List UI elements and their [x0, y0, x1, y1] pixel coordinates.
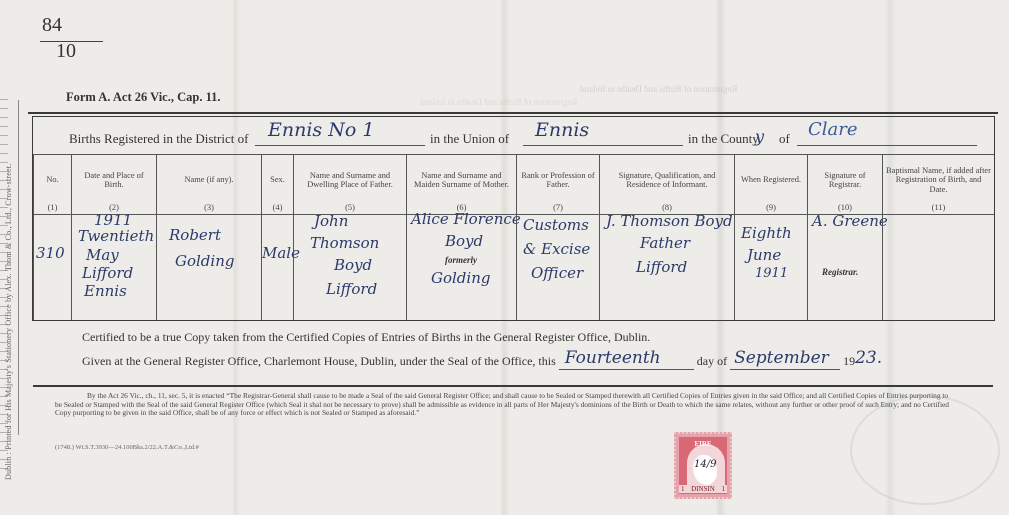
birth-register-table: Births Registered in the District of Enn…: [32, 116, 995, 321]
entry-cell: John Thomson Boyd Lifford: [294, 215, 406, 320]
column-informant: Signature, Qualification, and Residence …: [599, 155, 734, 320]
column-header: No.: [34, 155, 71, 205]
column-sex: Sex. (4) Male: [261, 155, 293, 320]
column-header: Date and Place of Birth.: [72, 155, 156, 205]
column-header: Signature, Qualification, and Residence …: [600, 155, 734, 205]
entry-cell: [883, 215, 994, 320]
certification-line-2: Given at the General Register Office, Ch…: [82, 350, 882, 370]
entry-cell: 1911 Twentieth May Lifford Ennis: [72, 215, 156, 320]
formerly-label: formerly: [445, 255, 477, 265]
column-number: (10): [808, 203, 882, 212]
entry-cell: Customs & Excise Officer: [517, 215, 599, 320]
child-surname: Golding: [175, 253, 234, 270]
registrar-signature: A. Greene: [812, 213, 888, 230]
stamp-denomination: DINSIN: [691, 485, 715, 493]
column-number: (9): [735, 203, 807, 212]
certification-day: Fourteenth: [565, 348, 661, 368]
column-number: (3): [157, 203, 261, 212]
bottom-rule: [33, 385, 993, 387]
stamp-value-bar: 1 DINSIN 1: [679, 485, 727, 493]
birth-town: Ennis: [84, 283, 127, 300]
day-of-label: day of: [697, 354, 727, 368]
union-fill-line: [523, 145, 683, 146]
stamp-country: EIRE: [679, 440, 727, 448]
district-row: Births Registered in the District of Enn…: [33, 117, 994, 155]
father-surname: Boyd: [334, 257, 372, 274]
entry-cell: 310: [34, 215, 71, 320]
column-header: Rank or Profession of Father.: [517, 155, 599, 205]
column-baptismal-name: Baptismal Name, if added after Registrat…: [882, 155, 994, 320]
column-no: No. (1) 310: [33, 155, 71, 320]
certification-month: September: [734, 348, 829, 368]
postage-stamp: EIRE 14/9 1 DINSIN 1: [674, 432, 732, 499]
county-label: in the County: [688, 131, 759, 147]
district-value: Ennis No 1: [268, 119, 374, 141]
father-residence: Lifford: [326, 281, 377, 298]
column-number: (4): [262, 203, 293, 212]
year-prefix: 19: [843, 354, 855, 368]
entry-cell: Male: [262, 215, 293, 320]
column-number: (7): [517, 203, 599, 212]
father-rank-3: Officer: [531, 265, 583, 282]
entry-number: 310: [36, 245, 65, 262]
stamp-value-right: 1: [721, 485, 725, 493]
column-header: Sex.: [262, 155, 293, 205]
column-father: Name and Surname and Dwelling Place of F…: [293, 155, 406, 320]
informant-residence: Lifford: [636, 259, 687, 276]
father-first-name: John: [314, 213, 348, 230]
column-header: When Registered.: [735, 155, 807, 205]
column-when-registered: When Registered. (9) Eighth June 1911: [734, 155, 807, 320]
informant-name: J. Thomson Boyd: [606, 213, 733, 230]
father-rank-1: Customs: [523, 217, 589, 234]
stamp-value-left: 1: [681, 485, 685, 493]
column-registrar-signature: Signature of Registrar. (10) A. Greene R…: [807, 155, 882, 320]
county-of-label: of: [779, 131, 790, 147]
printer-imprint: Dublin : Printed for His Majesty's Stati…: [4, 90, 13, 480]
form-title: Form A. Act 26 Vic., Cap. 11.: [66, 90, 221, 105]
column-number: (5): [294, 203, 406, 212]
mother-maiden-surname: Golding: [431, 270, 490, 287]
county-fill-line: [797, 145, 977, 146]
stamp-face: EIRE 14/9 1 DINSIN 1: [679, 437, 727, 494]
certification-line-1: Certified to be a true Copy taken from t…: [82, 330, 650, 345]
bleed-through-text-2: Registration of Births and Deaths in Ire…: [420, 97, 577, 107]
column-number: (8): [600, 203, 734, 212]
print-code: (1748.) Wt.S.T.3930—24.100Bks.2/22.A.T.&…: [55, 444, 199, 451]
registered-year: 1911: [755, 265, 788, 282]
column-header: Name (if any).: [157, 155, 261, 205]
father-middle-name: Thomson: [310, 235, 379, 252]
column-mother: Name and Surname and Maiden Surname of M…: [406, 155, 516, 320]
union-label: in the Union of: [430, 131, 509, 147]
bleed-through-text: Registration of Births and Deaths in Ire…: [580, 84, 737, 94]
birth-month: May: [86, 247, 119, 264]
legal-notice: By the Act 26 Vic., ch., 11, sec. 5, it …: [55, 392, 955, 418]
district-fill-line: [255, 145, 425, 146]
side-rule: [18, 100, 19, 435]
entry-cell: Alice Florence Boyd formerly Golding: [407, 215, 516, 320]
stamp-cancellation: 14/9: [694, 459, 716, 470]
entry-cell: A. Greene Registrar.: [808, 215, 882, 320]
county-value: Clare: [808, 119, 858, 140]
column-header: Name and Surname and Dwelling Place of F…: [294, 155, 406, 205]
column-number: (1): [34, 203, 71, 212]
column-header: Signature of Registrar.: [808, 155, 882, 205]
embossed-seal: [850, 395, 1000, 505]
column-header: Baptismal Name, if added after Registrat…: [883, 155, 994, 205]
district-label: Births Registered in the District of: [69, 131, 248, 147]
certification-year: 23.: [855, 348, 882, 368]
entry-cell: J. Thomson Boyd Father Lifford: [600, 215, 734, 320]
reference-number-top: 84: [42, 14, 62, 37]
column-rank: Rank or Profession of Father. (7) Custom…: [516, 155, 599, 320]
entry-cell: Eighth June 1911: [735, 215, 807, 320]
county-suffix: y: [755, 127, 764, 146]
column-name: Name (if any). (3) Robert Golding: [156, 155, 261, 320]
birth-day: Twentieth: [78, 228, 154, 245]
birth-place: Lifford: [82, 265, 133, 282]
entry-cell: Robert Golding: [157, 215, 261, 320]
column-number: (11): [883, 203, 994, 212]
registered-month: June: [747, 247, 781, 264]
mother-first-names: Alice Florence: [411, 211, 521, 228]
column-date-place: Date and Place of Birth. (2) 1911 Twenti…: [71, 155, 156, 320]
father-rank-2: & Excise: [523, 241, 590, 258]
union-value: Ennis: [535, 119, 589, 141]
registered-day: Eighth: [741, 225, 792, 242]
registrar-label: Registrar.: [822, 267, 858, 277]
day-fill-line: Fourteenth: [559, 356, 694, 370]
child-first-name: Robert: [169, 227, 221, 244]
column-header: Name and Surname and Maiden Surname of M…: [407, 155, 516, 205]
month-fill-line: September: [730, 356, 840, 370]
mother-surname: Boyd: [445, 233, 483, 250]
top-rule: [28, 112, 998, 114]
certification-prefix: Given at the General Register Office, Ch…: [82, 354, 556, 368]
informant-qualification: Father: [640, 235, 690, 252]
reference-number-bottom: 10: [56, 40, 76, 63]
